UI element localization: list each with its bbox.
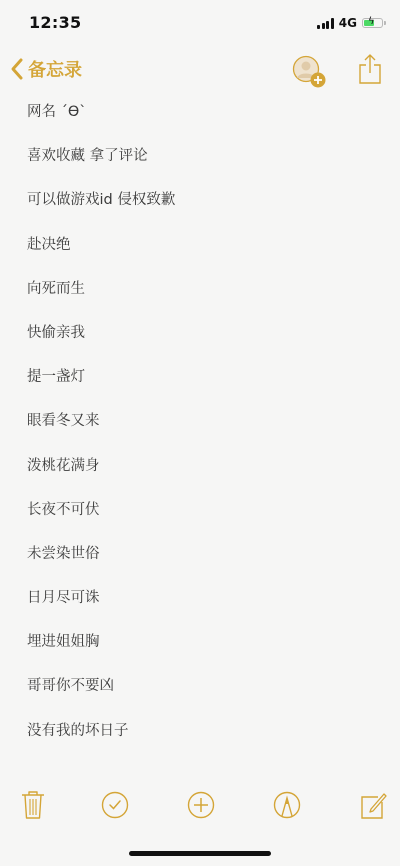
status-bar: 12:35 4G ϟ: [0, 0, 400, 48]
note-line: 眼看冬又来: [27, 409, 387, 453]
status-indicators: 4G ϟ: [317, 16, 386, 30]
note-line: 向死而生: [27, 277, 387, 321]
note-line: 日月尽可诛: [27, 586, 387, 630]
add-icon[interactable]: [186, 788, 216, 822]
battery-cap: [384, 21, 386, 25]
bottom-toolbar: [0, 788, 400, 824]
signal-icon: [317, 18, 334, 29]
trash-icon[interactable]: [18, 788, 48, 822]
note-line: 哥哥你不要凶: [27, 674, 387, 718]
note-body[interactable]: 网名 ˊϴˋ 喜欢收藏 拿了评论 可以做游戏id 侵权致歉 赴决绝 向死而生 快…: [27, 100, 387, 763]
note-line: 快偷亲我: [27, 321, 387, 365]
battery-icon: ϟ: [362, 18, 383, 28]
note-line: 未尝染世俗: [27, 542, 387, 586]
back-button[interactable]: 备忘录: [10, 56, 82, 82]
note-line: 埋进姐姐胸: [27, 630, 387, 674]
note-line: 提一盏灯: [27, 365, 387, 409]
network-type: 4G: [339, 16, 357, 30]
add-person-icon[interactable]: [292, 55, 326, 89]
charging-icon: ϟ: [368, 16, 375, 27]
status-time: 12:35: [29, 13, 81, 32]
chevron-left-icon: [10, 57, 24, 81]
note-line: 长夜不可伏: [27, 498, 387, 542]
note-line: 可以做游戏id 侵权致歉: [27, 188, 387, 232]
note-line: 赴决绝: [27, 233, 387, 277]
navigation-bar: 备忘录: [0, 48, 400, 92]
note-line: 泼桃花满身: [27, 454, 387, 498]
checklist-icon[interactable]: [100, 788, 130, 822]
share-icon[interactable]: [358, 53, 382, 85]
markup-icon[interactable]: [272, 788, 302, 822]
home-indicator[interactable]: [129, 851, 271, 856]
back-label: 备忘录: [28, 56, 82, 82]
compose-icon[interactable]: [358, 788, 388, 822]
note-line: 喜欢收藏 拿了评论: [27, 144, 387, 188]
note-line: 没有我的坏日子: [27, 719, 387, 763]
note-line: 网名 ˊϴˋ: [27, 100, 387, 144]
